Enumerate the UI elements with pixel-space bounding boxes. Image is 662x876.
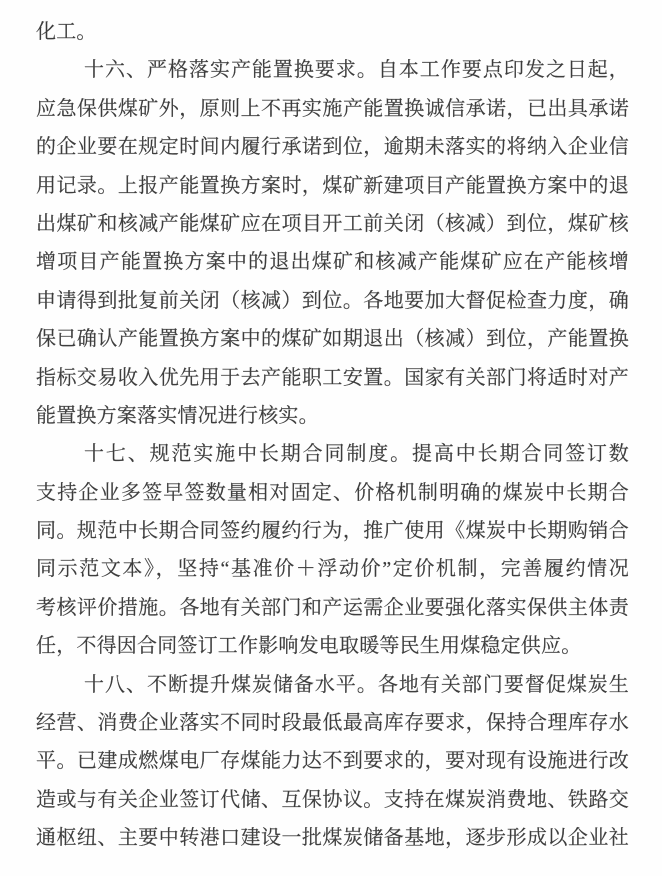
document-page: 化工。 十六、严格落实产能置换要求。自本工作要点印发之日起，除 应急保供煤矿外，… (0, 0, 662, 876)
paragraph-section-17: 十七、规范实施中长期合同制度。提高中长期合同签订数量， 支持企业多签早签数量相对… (36, 435, 629, 665)
paragraph-line: 经营、消费企业落实不同时段最低最高库存要求，保持合理库存水 (36, 704, 629, 742)
paragraph-line: 十八、不断提升煤炭储备水平。各地有关部门要督促煤炭生产、 (36, 666, 629, 704)
paragraph-continuation: 化工。 (36, 13, 629, 51)
paragraph-line: 能置换方案落实情况进行核实。 (36, 397, 629, 435)
paragraph-line: 增项目产能置换方案中的退出煤矿和核减产能煤矿应在产能核增 (36, 243, 629, 281)
paragraph-line: 造或与有关企业签订代储、互保协议。支持在煤炭消费地、铁路交 (36, 781, 629, 819)
paragraph-line: 出煤矿和核减产能煤矿应在项目开工前关闭（核减）到位，煤矿核 (36, 205, 629, 243)
paragraph-line: 化工。 (36, 13, 629, 51)
paragraph-line: 指标交易收入优先用于去产能职工安置。国家有关部门将适时对产 (36, 359, 629, 397)
paragraph-line: 十六、严格落实产能置换要求。自本工作要点印发之日起，除 (36, 51, 629, 89)
paragraph-line: 任，不得因合同签订工作影响发电取暖等民生用煤稳定供应。 (36, 627, 629, 665)
paragraph-line: 的企业要在规定时间内履行承诺到位，逾期未落实的将纳入企业信 (36, 128, 629, 166)
paragraph-line: 十七、规范实施中长期合同制度。提高中长期合同签订数量， (36, 435, 629, 473)
paragraph-line: 同。规范中长期合同签约履约行为，推广使用《煤炭中长期购销合 (36, 512, 629, 550)
paragraph-line: 通枢纽、主要中转港口建设一批煤炭储备基地，逐步形成以企业社 (36, 819, 629, 857)
paragraph-line: 支持企业多签早签数量相对固定、价格机制明确的煤炭中长期合 (36, 474, 629, 512)
paragraph-line: 用记录。上报产能置换方案时，煤矿新建项目产能置换方案中的退 (36, 167, 629, 205)
paragraph-line: 保已确认产能置换方案中的煤矿如期退出（核减）到位，产能置换 (36, 320, 629, 358)
paragraph-line: 应急保供煤矿外，原则上不再实施产能置换诚信承诺，已出具承诺 (36, 90, 629, 128)
paragraph-section-16: 十六、严格落实产能置换要求。自本工作要点印发之日起，除 应急保供煤矿外，原则上不… (36, 51, 629, 435)
paragraph-line: 申请得到批复前关闭（核减）到位。各地要加大督促检查力度，确 (36, 282, 629, 320)
paragraph-line: 平。已建成燃煤电厂存煤能力达不到要求的，要对现有设施进行改 (36, 742, 629, 780)
paragraph-line: 考核评价措施。各地有关部门和产运需企业要强化落实保供主体责 (36, 589, 629, 627)
document-text-block: 化工。 十六、严格落实产能置换要求。自本工作要点印发之日起，除 应急保供煤矿外，… (36, 13, 629, 858)
paragraph-line: 同示范文本》，坚持“基准价＋浮动价”定价机制，完善履约情况 (36, 550, 629, 588)
paragraph-section-18: 十八、不断提升煤炭储备水平。各地有关部门要督促煤炭生产、 经营、消费企业落实不同… (36, 666, 629, 858)
